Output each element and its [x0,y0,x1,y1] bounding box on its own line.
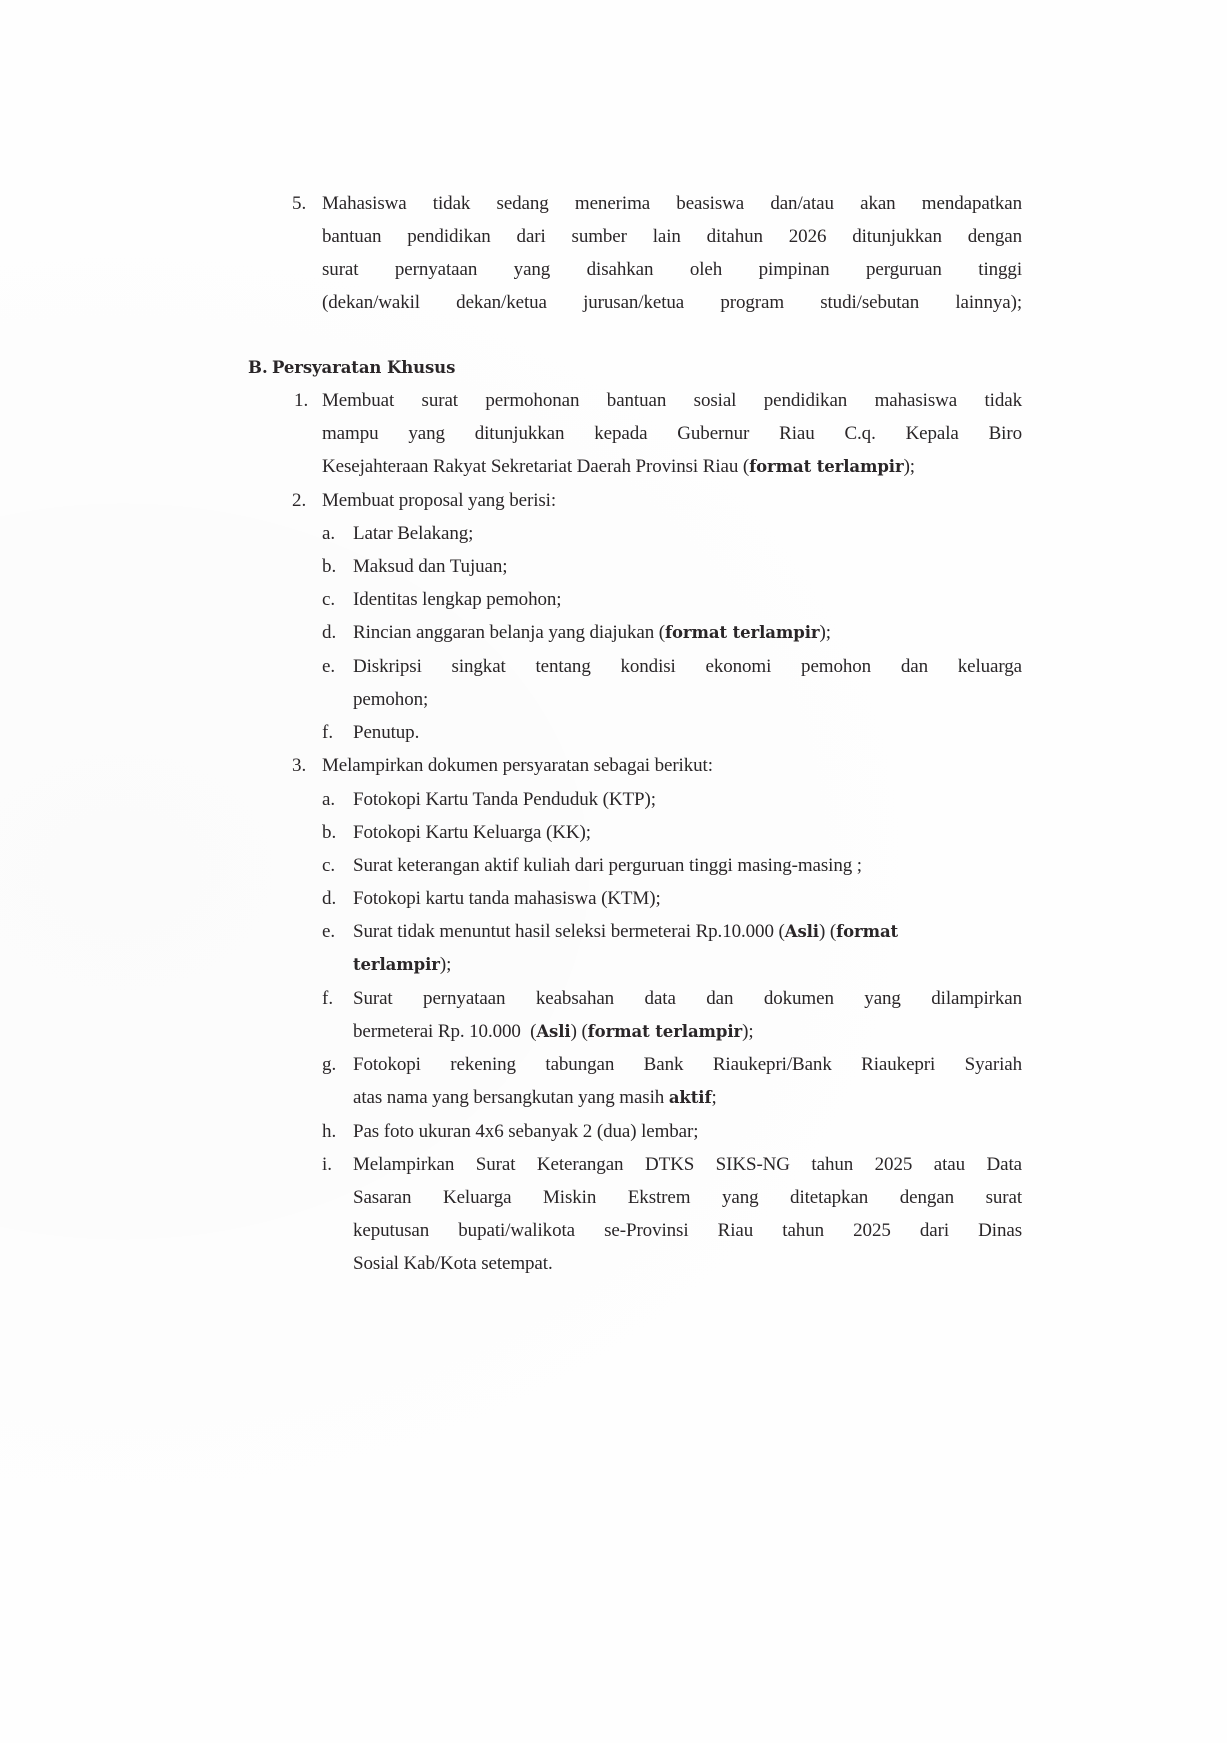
b2e-line-2: pemohon; [353,688,428,712]
sub-letter: a. [322,788,335,812]
section-title: Persyaratan Khusus [272,356,455,380]
b3i-line-3: keputusan bupati/walikota se-Provinsi Ri… [353,1219,1022,1243]
b3e-line-2: terlampir); [353,953,451,977]
sub-letter: c. [322,588,335,612]
text: ); [904,456,915,477]
b3-text: Melampirkan dokumen persyaratan sebagai … [322,754,713,778]
bold-text: format terlampir [665,623,819,642]
b2-text: Membuat proposal yang berisi: [322,489,556,513]
sub-letter: e. [322,920,335,944]
text: ); [440,954,451,975]
b3g-line-1: Fotokopi rekening tabungan Bank Riaukepr… [353,1053,1022,1077]
sub-letter: g. [322,1053,336,1077]
bold-text: terlampir [353,955,440,974]
sub-letter: d. [322,887,336,911]
b1-line-3: Kesejahteraan Rakyat Sekretariat Daerah … [322,455,915,479]
b2d-text: Rincian anggaran belanja yang diajukan (… [353,621,831,645]
sub-letter: e. [322,655,335,679]
b3i-line-4: Sosial Kab/Kota setempat. [353,1252,553,1276]
section-label: B. [248,356,268,380]
bold-text: format terlampir [749,457,903,476]
text: Rincian anggaran belanja yang diajukan ( [353,622,665,643]
bold-text: aktif [669,1088,712,1107]
bold-text: format [836,922,898,941]
sub-letter: a. [322,522,335,546]
bold-text: format terlampir [588,1022,742,1041]
item-number: 1. [294,389,308,413]
b2a-text: Latar Belakang; [353,522,473,546]
scanned-document-page: 5. Mahasiswa tidak sedang menerima beasi… [0,0,1227,1743]
text: atas nama yang bersangkutan yang masih [353,1087,669,1108]
b3i-line-1: Melampirkan Surat Keterangan DTKS SIKS-N… [353,1153,1022,1177]
bold-text: Asli [536,1022,570,1041]
item5-line-2: bantuan pendidikan dari sumber lain dita… [322,225,1022,249]
b3a-text: Fotokopi Kartu Tanda Penduduk (KTP); [353,788,656,812]
sub-letter: h. [322,1120,336,1144]
b3e-line-1: Surat tidak menuntut hasil seleksi berme… [353,920,898,944]
item5-line-4: (dekan/wakil dekan/ketua jurusan/ketua p… [322,291,1022,315]
b1-line-1: Membuat surat permohonan bantuan sosial … [322,389,1022,413]
item5-line-3: surat pernyataan yang disahkan oleh pimp… [322,258,1022,282]
text: ) ( [571,1021,588,1042]
b3i-line-2: Sasaran Keluarga Miskin Ekstrem yang dit… [353,1186,1022,1210]
b2e-line-1: Diskripsi singkat tentang kondisi ekonom… [353,655,1022,679]
item-number: 2. [292,489,306,513]
sub-letter: d. [322,621,336,645]
b3g-line-2: atas nama yang bersangkutan yang masih a… [353,1086,717,1110]
b3d-text: Fotokopi kartu tanda mahasiswa (KTM); [353,887,661,911]
text: ); [819,622,830,643]
b3c-text: Surat keterangan aktif kuliah dari pergu… [353,854,862,878]
item-number: 5. [292,192,306,216]
text: ) ( [819,921,836,942]
text: ; [711,1087,716,1108]
sub-letter: f. [322,987,333,1011]
sub-letter: f. [322,721,333,745]
b3h-text: Pas foto ukuran 4x6 sebanyak 2 (dua) lem… [353,1120,698,1144]
text: bermeterai Rp. 10.000 ( [353,1021,536,1042]
sub-letter: b. [322,555,336,579]
b1-line-2: mampu yang ditunjukkan kepada Gubernur R… [322,422,1022,446]
b2b-text: Maksud dan Tujuan; [353,555,507,579]
b3f-line-1: Surat pernyataan keabsahan data dan doku… [353,987,1022,1011]
b3b-text: Fotokopi Kartu Keluarga (KK); [353,821,591,845]
bold-text: Asli [785,922,819,941]
b3f-line-2: bermeterai Rp. 10.000 (Asli) (format ter… [353,1020,754,1044]
sub-letter: c. [322,854,335,878]
text: Kesejahteraan Rakyat Sekretariat Daerah … [322,456,749,477]
text: Surat tidak menuntut hasil seleksi berme… [353,921,785,942]
item5-line-1: Mahasiswa tidak sedang menerima beasiswa… [322,192,1022,216]
sub-letter: i. [322,1153,332,1177]
b2f-text: Penutup. [353,721,419,745]
sub-letter: b. [322,821,336,845]
text: ); [742,1021,753,1042]
item-number: 3. [292,754,306,778]
b2c-text: Identitas lengkap pemohon; [353,588,561,612]
